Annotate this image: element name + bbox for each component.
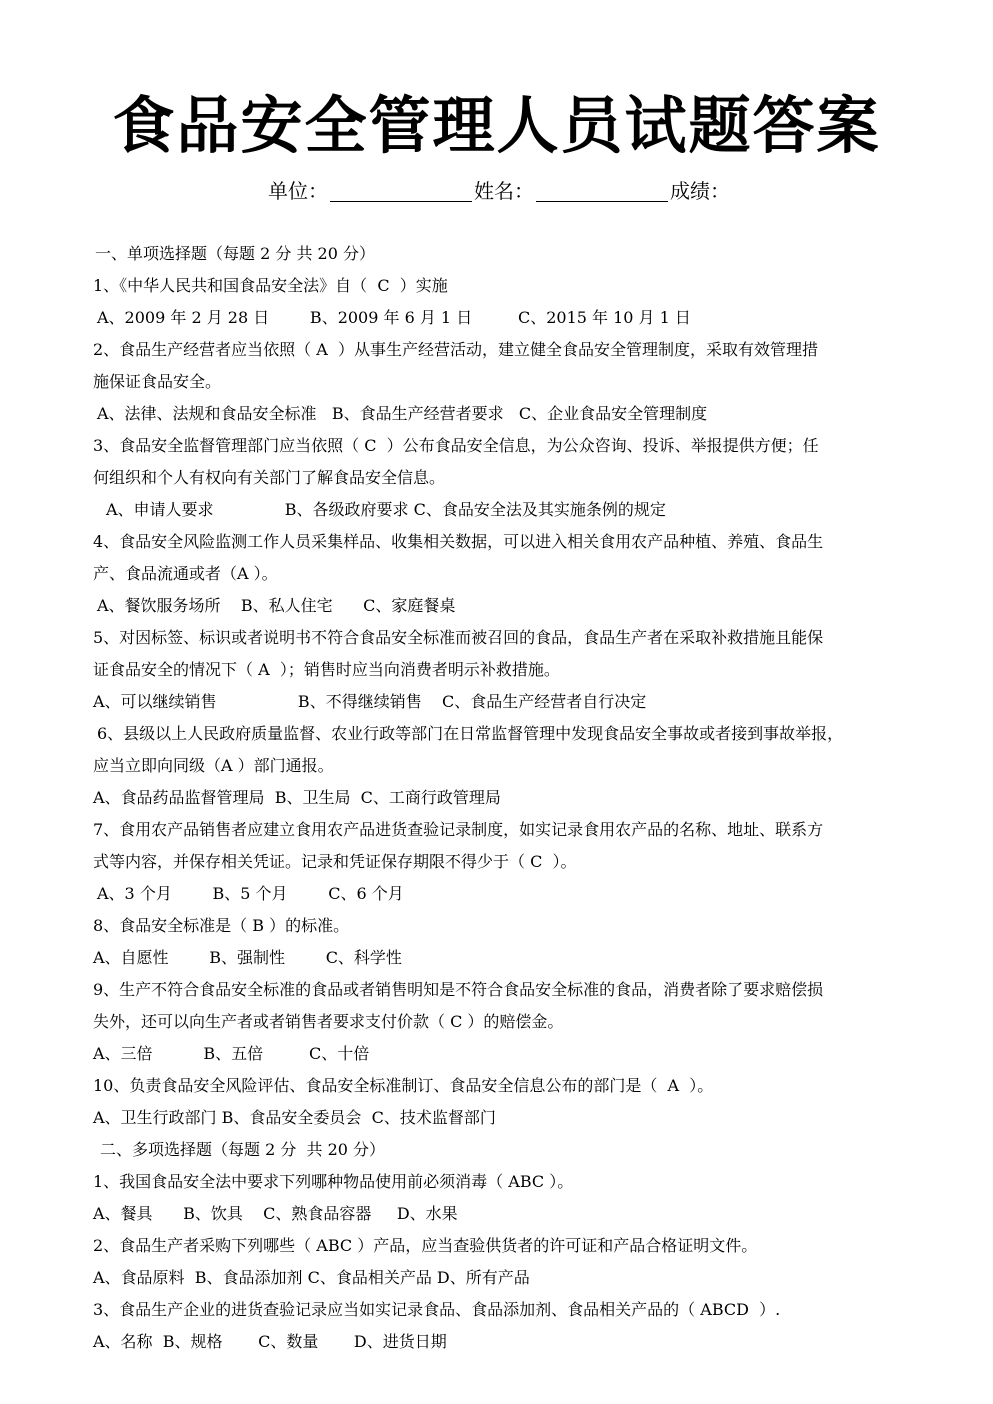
text-line: A、申请人要求 B、各级政府要求 C、食品安全法及其实施条例的规定 xyxy=(106,498,666,522)
text-line: 7、食用农产品销售者应建立食用农产品进货查验记录制度，如实记录食用农产品的名称、… xyxy=(93,818,823,842)
text-line: 9、生产不符合食品安全标准的食品或者销售明知是不符合食品安全标准的食品，消费者除… xyxy=(93,978,823,1002)
text-line: 施保证食品安全。 xyxy=(93,370,221,394)
text-line: A、食品药品监督管理局 B、卫生局 C、工商行政管理局 xyxy=(93,786,501,810)
text-line: A、自愿性 B、强制性 C、科学性 xyxy=(93,946,402,970)
text-line: 一、单项选择题（每题 2 分 共 20 分） xyxy=(95,242,375,266)
text-line: 式等内容，并保存相关凭证。记录和凭证保存期限不得少于（ C ）。 xyxy=(93,850,577,874)
unit-label: 单位： xyxy=(268,176,328,206)
header-fields: 单位： 姓名： 成绩： xyxy=(268,176,730,206)
text-line: 1、我国食品安全法中要求下列哪种物品使用前必须消毒（ ABC ）。 xyxy=(93,1170,573,1194)
text-line: A、名称 B、规格 C、数量 D、进货日期 xyxy=(93,1330,447,1354)
text-line: 何组织和个人有权向有关部门了解食品安全信息。 xyxy=(93,466,445,490)
text-line: 3、食品生产企业的进货查验记录应当如实记录食品、食品添加剂、食品相关产品的（ A… xyxy=(93,1298,780,1322)
text-line: 6、县级以上人民政府质量监督、农业行政等部门在日常监督管理中发现食品安全事故或者… xyxy=(97,722,843,746)
name-blank xyxy=(536,179,668,202)
text-line: 8、食品安全标准是（ B ）的标准。 xyxy=(93,914,349,938)
text-line: A、3 个月 B、5 个月 C、6 个月 xyxy=(97,882,404,906)
text-line: A、三倍 B、五倍 C、十倍 xyxy=(93,1042,369,1066)
document-title: 食品安全管理人员试题答案 xyxy=(0,88,993,164)
text-line: 产、食品流通或者（A ）。 xyxy=(93,562,278,586)
text-line: A、卫生行政部门 B、食品安全委员会 C、技术监督部门 xyxy=(93,1106,496,1130)
name-label: 姓名： xyxy=(474,176,534,206)
unit-blank xyxy=(330,179,472,202)
text-line: A、可以继续销售 B、不得继续销售 C、食品生产经营者自行决定 xyxy=(93,690,646,714)
text-line: 3、食品安全监督管理部门应当依照（ C ）公布食品安全信息，为公众咨询、投诉、举… xyxy=(93,434,819,458)
text-line: 5、对因标签、标识或者说明书不符合食品安全标准而被召回的食品，食品生产者在采取补… xyxy=(93,626,823,650)
text-line: A、2009 年 2 月 28 日 B、2009 年 6 月 1 日 C、201… xyxy=(97,306,691,330)
score-label: 成绩： xyxy=(670,176,730,206)
text-line: 10、负责食品安全风险评估、食品安全标准制订、食品安全信息公布的部门是（ A ）… xyxy=(93,1074,713,1098)
text-line: 2、食品生产者采购下列哪些（ ABC ）产品，应当查验供货者的许可证和产品合格证… xyxy=(93,1234,757,1258)
text-line: A、餐具 B、饮具 C、熟食品容器 D、水果 xyxy=(93,1202,458,1226)
text-line: A、餐饮服务场所 B、私人住宅 C、家庭餐桌 xyxy=(97,594,455,618)
text-line: 2、食品生产经营者应当依照（ A ）从事生产经营活动，建立健全食品安全管理制度，… xyxy=(93,338,818,362)
text-line: 4、食品安全风险监测工作人员采集样品、收集相关数据，可以进入相关食用农产品种植、… xyxy=(93,530,823,554)
text-line: 应当立即向同级（A ）部门通报。 xyxy=(93,754,334,778)
text-line: 1、《中华人民共和国食品安全法》自（ C ）实施 xyxy=(93,274,448,298)
text-line: A、法律、法规和食品安全标准 B、食品生产经营者要求 C、企业食品安全管理制度 xyxy=(97,402,707,426)
text-line: 二、多项选择题（每题 2 分 共 20 分） xyxy=(100,1138,385,1162)
text-line: A、食品原料 B、食品添加剂 C、食品相关产品 D、所有产品 xyxy=(93,1266,530,1290)
text-line: 证食品安全的情况下（ A ）；销售时应当向消费者明示补救措施。 xyxy=(93,658,560,682)
text-line: 失外，还可以向生产者或者销售者要求支付价款（ C ）的赔偿金。 xyxy=(93,1010,563,1034)
